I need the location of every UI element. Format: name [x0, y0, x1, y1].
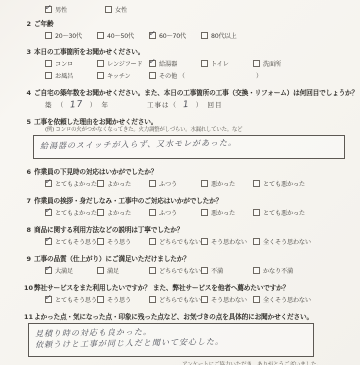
option-label: ふつう: [159, 179, 177, 188]
location-options-row1: コンロ レンジフード 給湯器 トイレ 洗面所: [45, 60, 360, 67]
question-number: 11: [24, 313, 31, 321]
option-label: 80代以上: [211, 31, 236, 40]
option-label: その他 （: [159, 71, 185, 80]
checkbox-icon: [253, 60, 260, 67]
checkbox-icon: [149, 209, 156, 216]
question-reuse: 10 弊社サービスをまた利用したいですか？ また、弊社サービスを他者へ薦めたいで…: [0, 284, 360, 303]
question-number: 6: [24, 168, 31, 176]
option-label: とてもよかった: [55, 179, 97, 188]
checkbox-option[interactable]: よかった: [97, 179, 149, 188]
fill-in-line: 築 （ 17 ） 年 工事は（ 1 ） 回目: [45, 100, 360, 109]
checkbox-icon: [97, 180, 104, 187]
checkbox-option[interactable]: 大満足: [45, 266, 97, 275]
checkbox-option[interactable]: どちらでもない: [149, 295, 201, 304]
checkbox-option[interactable]: ふつう: [149, 179, 201, 188]
checkbox-option[interactable]: とてもよかった: [45, 208, 97, 217]
option-label: 全くそう思わない: [263, 237, 311, 246]
checkbox-option[interactable]: 洗面所: [253, 59, 305, 68]
option-label: とても悪かった: [263, 208, 305, 217]
survey-form: 男性 女性 2 ご年齢 20～30代 40～50代 60～70代: [0, 0, 360, 365]
checkbox-icon: [253, 296, 260, 303]
option-label: 60～70代: [159, 31, 186, 40]
checkbox-icon: [97, 267, 104, 274]
checkbox-option[interactable]: そう思う: [97, 237, 149, 246]
checkbox-option[interactable]: 全くそう思わない: [253, 295, 305, 304]
reason-handwritten-answer: 給湯器のスイッチが入らず、又水モレがあった。: [40, 135, 338, 151]
option-label: 40～50代: [107, 31, 134, 40]
checkbox-option[interactable]: ふつう: [149, 208, 201, 217]
checkbox-option[interactable]: 全くそう思わない: [253, 237, 305, 246]
option-label: かなり不満: [263, 266, 293, 275]
other-close-paren: ）: [256, 71, 262, 80]
checkbox-option[interactable]: 20～30代: [45, 31, 97, 40]
checkbox-option-male[interactable]: 男性: [45, 5, 105, 14]
checkbox-icon: [149, 296, 156, 303]
checkbox-option[interactable]: レンジフード: [97, 59, 149, 68]
checkbox-option[interactable]: 不満: [201, 266, 253, 275]
question-title: よかった点・気になった点・印象に残った点など、お気づきの点を具体的にお聞かせくだ…: [34, 313, 313, 321]
question-quality: 9 工事の品質（仕上がり）にご満足いただけましたか？ 大満足 満足 どちらでもな…: [0, 255, 360, 274]
option-label: トイレ: [211, 59, 229, 68]
checkbox-icon: [149, 180, 156, 187]
checkbox-option[interactable]: よかった: [97, 208, 149, 217]
question-reason: 5 工事を依頼した理由をお聞かせください。 (例) コンロの火がつかなくなってき…: [0, 118, 360, 159]
checkbox-option[interactable]: トイレ: [201, 59, 253, 68]
option-label: 20～30代: [55, 31, 82, 40]
built-prefix: 築 （: [45, 100, 64, 109]
option-label: 男性: [55, 5, 67, 14]
checkbox-icon: [105, 6, 112, 13]
gender-options: 男性 女性: [45, 6, 360, 13]
checkbox-option-female[interactable]: 女性: [105, 5, 165, 14]
checkbox-icon: [201, 238, 208, 245]
checkbox-option[interactable]: コンロ: [45, 59, 97, 68]
checkbox-icon: [253, 209, 260, 216]
checkbox-option[interactable]: とてもよかった: [45, 179, 97, 188]
question-title: 作業員の下見時の対応はいかがでしたか？: [34, 168, 157, 176]
option-label: 女性: [115, 5, 127, 14]
option-label: どちらでもない: [159, 295, 201, 304]
option-label: ふつう: [159, 208, 177, 217]
checkbox-option[interactable]: 40～50代: [97, 31, 149, 40]
option-label: コンロ: [55, 59, 73, 68]
checkbox-option[interactable]: とても悪かった: [253, 179, 305, 188]
checkbox-icon: [149, 238, 156, 245]
option-label: とてもそう思う: [55, 295, 97, 304]
option-label: そう思わない: [211, 295, 247, 304]
question-inspection: 6 作業員の下見時の対応はいかがでしたか？ とてもよかった よかった ふつう 悪…: [0, 168, 360, 187]
option-label: 全くそう思わない: [263, 295, 311, 304]
comments-answer-box[interactable]: 見積り時の対応も良かった。 依頼うけと工事が同じ人だと聞いて安心した。: [28, 323, 314, 357]
checkbox-option[interactable]: どちらでもない: [149, 237, 201, 246]
question-work-location: 3 本日の工事箇所をお聞かせください。 コンロ レンジフード 給湯器 トイレ: [0, 48, 360, 79]
checkbox-option[interactable]: とてもそう思う: [45, 237, 97, 246]
checkbox-option[interactable]: かなり不満: [253, 266, 305, 275]
checkbox-icon: [149, 72, 156, 79]
checkbox-icon: [45, 180, 52, 187]
checkbox-icon: [253, 267, 260, 274]
count-prefix: 工事は（: [147, 100, 177, 109]
checkbox-icon: [45, 296, 52, 303]
manner-options: とてもよかった よかった ふつう 悪かった とても悪かった: [45, 209, 360, 216]
checkbox-option[interactable]: 満足: [97, 266, 149, 275]
option-label: とても悪かった: [263, 179, 305, 188]
question-age: 2 ご年齢 20～30代 40～50代 60～70代 80代以上: [0, 20, 360, 39]
checkbox-option[interactable]: そう思わない: [201, 237, 253, 246]
question-number: 5: [24, 118, 31, 126]
work-count-value[interactable]: 1: [183, 99, 190, 109]
reason-answer-box[interactable]: 給湯器のスイッチが入らず、又水モレがあった。: [33, 135, 345, 159]
option-label: 悪かった: [211, 208, 235, 217]
option-label: どちらでもない: [159, 266, 201, 275]
option-label: 洗面所: [263, 59, 281, 68]
checkbox-option[interactable]: とてもそう思う: [45, 295, 97, 304]
checkbox-icon: [149, 32, 156, 39]
question-number: 4: [24, 89, 31, 97]
option-label: お風呂: [55, 71, 73, 80]
checkbox-icon: [97, 32, 104, 39]
option-label: 悪かった: [211, 179, 235, 188]
question-gender: 男性 女性: [0, 6, 360, 13]
checkbox-icon: [97, 209, 104, 216]
option-label: よかった: [107, 179, 131, 188]
explanation-options: とてもそう思う そう思う どちらでもない そう思わない 全くそう思わない: [45, 238, 360, 245]
checkbox-option[interactable]: とても悪かった: [253, 208, 305, 217]
checkbox-icon: [201, 60, 208, 67]
option-label: よかった: [107, 208, 131, 217]
checkbox-icon: [45, 72, 52, 79]
built-suffix: ） 年: [90, 100, 109, 109]
option-label: そう思う: [107, 295, 131, 304]
checkbox-icon: [45, 238, 52, 245]
question-title: 工事の品質（仕上がり）にご満足いただけましたか？: [34, 255, 190, 263]
question-manner: 7 作業員の挨拶・身だしなみ・工事中のご対応はいかがでしたか？ とてもよかった …: [0, 197, 360, 216]
checkbox-icon: [45, 267, 52, 274]
checkbox-option[interactable]: 悪かった: [201, 179, 253, 188]
quality-options: 大満足 満足 どちらでもない 不満 かなり不満: [45, 267, 360, 274]
question-title: 商品に関する利用方法などの説明は丁寧でしたか？: [34, 226, 183, 234]
checkbox-icon: [201, 209, 208, 216]
question-title: ご年齢: [34, 20, 53, 28]
checkbox-icon: [201, 180, 208, 187]
checkbox-icon: [149, 60, 156, 67]
checkbox-icon: [149, 267, 156, 274]
checkbox-icon: [201, 296, 208, 303]
checkbox-option[interactable]: キッチン: [97, 71, 149, 80]
reuse-options: とてもそう思う そう思う どちらでもない そう思わない 全くそう思わない: [45, 296, 360, 303]
checkbox-icon: [45, 32, 52, 39]
option-label: そう思う: [107, 237, 131, 246]
checkbox-icon: [253, 238, 260, 245]
option-label: 給湯器: [159, 59, 177, 68]
option-label: 満足: [107, 266, 119, 275]
option-label: 大満足: [55, 266, 73, 275]
option-label: レンジフード: [107, 59, 142, 68]
checkbox-option[interactable]: お風呂: [45, 71, 97, 80]
location-options-row2: お風呂 キッチン その他 （ ）: [45, 72, 360, 79]
question-title: 工事を依頼した理由をお聞かせください。: [34, 118, 157, 126]
thank-you-text: アンケートにご協力いただき、ありがとうございました。: [182, 360, 360, 365]
question-building-age: 4 ご自宅の築年数をお聞かせください。また、本日の工事箇所の工事（交換・リフォー…: [0, 89, 360, 109]
question-number: 3: [24, 48, 31, 56]
checkbox-icon: [97, 72, 104, 79]
count-suffix: ） 回目: [196, 100, 223, 109]
option-label: キッチン: [107, 71, 131, 80]
checkbox-icon: [45, 60, 52, 67]
checkbox-icon: [201, 32, 208, 39]
question-explanation: 8 商品に関する利用方法などの説明は丁寧でしたか？ とてもそう思う そう思う ど…: [0, 226, 360, 245]
checkbox-icon: [253, 180, 260, 187]
checkbox-option[interactable]: 給湯器: [149, 59, 201, 68]
checkbox-option[interactable]: そう思わない: [201, 295, 253, 304]
question-number: 7: [24, 197, 31, 205]
option-label: 不満: [211, 266, 223, 275]
reason-example-text: (例) コンロの火がつかなくなってきた。火力調整がしづらい。水漏れしていた。など: [45, 127, 360, 133]
question-title: ご自宅の築年数をお聞かせください。また、本日の工事箇所の工事（交換・リフォーム）…: [34, 89, 358, 97]
question-title: 本日の工事箇所をお聞かせください。: [34, 48, 144, 56]
option-label: そう思わない: [211, 237, 247, 246]
checkbox-icon: [201, 267, 208, 274]
checkbox-option[interactable]: 60～70代: [149, 31, 201, 40]
option-label: とてもよかった: [55, 208, 97, 217]
question-number: 2: [24, 20, 31, 28]
built-years-value[interactable]: 17: [70, 99, 84, 110]
age-options: 20～30代 40～50代 60～70代 80代以上: [45, 32, 360, 39]
question-number: 8: [24, 226, 31, 234]
checkbox-option[interactable]: そう思う: [97, 295, 149, 304]
option-label: とてもそう思う: [55, 237, 97, 246]
checkbox-icon: [97, 60, 104, 67]
question-comments: 11 よかった点・気になった点・印象に残った点など、お気づきの点を具体的にお聞か…: [0, 313, 360, 357]
checkbox-icon: [45, 6, 52, 13]
question-title: 作業員の挨拶・身だしなみ・工事中のご対応はいかがでしたか？: [34, 197, 222, 205]
checkbox-icon: [45, 209, 52, 216]
inspection-options: とてもよかった よかった ふつう 悪かった とても悪かった: [45, 180, 360, 187]
checkbox-icon: [97, 296, 104, 303]
checkbox-option-other[interactable]: その他 （: [149, 71, 201, 80]
question-number: 9: [24, 255, 31, 263]
question-title: 弊社サービスをまた利用したいですか？ また、弊社サービスを他者へ薦めたいですか？: [34, 284, 289, 292]
checkbox-option[interactable]: どちらでもない: [149, 266, 201, 275]
checkbox-option[interactable]: 悪かった: [201, 208, 253, 217]
question-number: 10: [24, 284, 31, 292]
checkbox-icon: [97, 238, 104, 245]
checkbox-option[interactable]: 80代以上: [201, 31, 253, 40]
option-label: どちらでもない: [159, 237, 201, 246]
